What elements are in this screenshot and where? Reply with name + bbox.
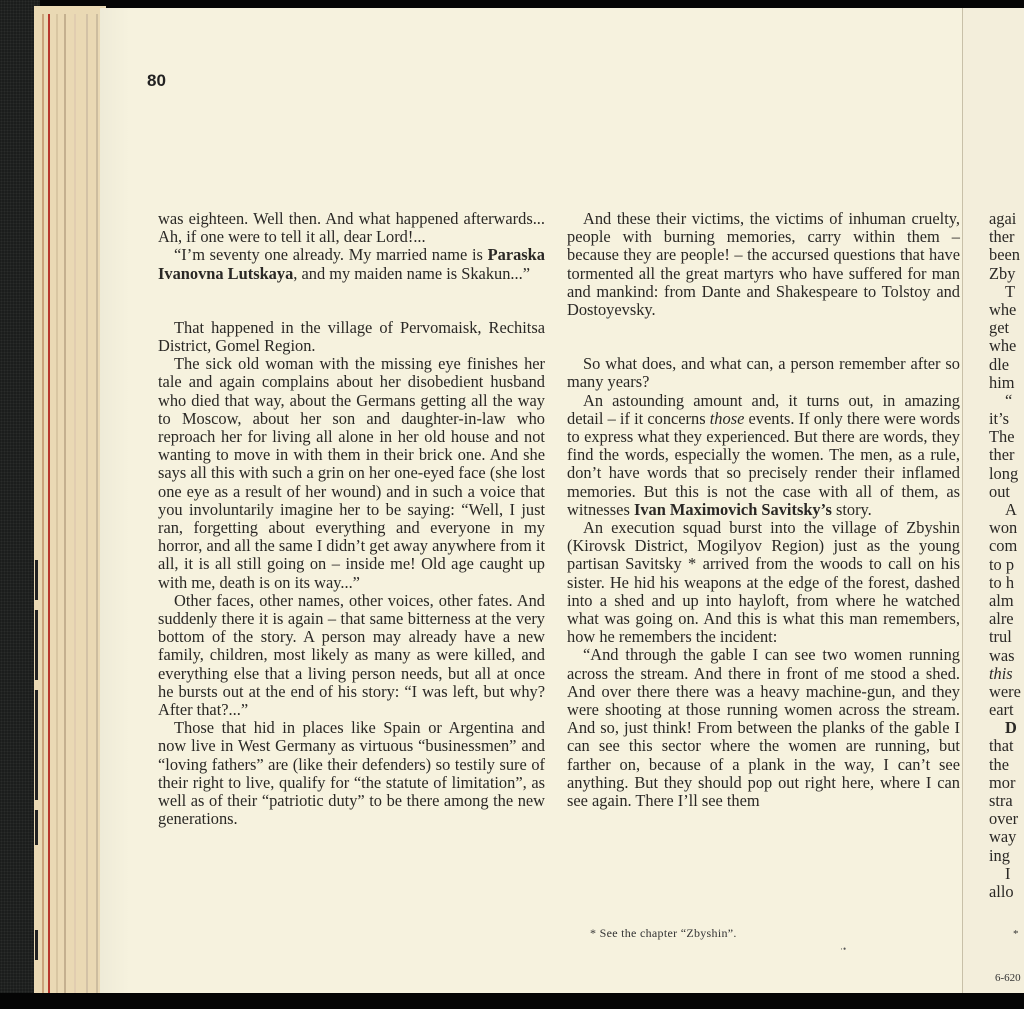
paragraph: Other faces, other names, other voices, … (158, 592, 545, 719)
footnote: * See the chapter “Zbyshin”. (590, 926, 737, 941)
text-fragment-line: ther (989, 446, 1021, 464)
spine-mark (35, 560, 38, 600)
bold-name: Ivan Maximovich Savitsky’s (634, 500, 832, 519)
next-page-text-fragment: agaitherbeenZbyTwhegetwhedlehim“it’sThet… (989, 210, 1021, 901)
italic-emphasis: those (710, 409, 745, 428)
text-fragment-line: to p (989, 556, 1021, 574)
text-column-right: And these their victims, the victims of … (567, 210, 960, 810)
text-fragment-line: to h (989, 574, 1021, 592)
text-run: , and my maiden name is Skakun...” (293, 264, 530, 283)
spine-mark (35, 930, 38, 960)
text-fragment-line: mor (989, 774, 1021, 792)
text-fragment-line: alre (989, 610, 1021, 628)
paragraph: “I’m seventy one already. My married nam… (158, 246, 545, 282)
page-edge-line (86, 14, 88, 996)
text-fragment-line: whe (989, 337, 1021, 355)
text-fragment-line: were (989, 683, 1021, 701)
text-fragment-line: him (989, 374, 1021, 392)
bottom-shadow (0, 993, 1024, 1009)
page-edge-line (96, 14, 98, 996)
text-fragment-line: agai (989, 210, 1021, 228)
paragraph: The sick old woman with the missing eye … (158, 355, 545, 592)
text-fragment-line: “ (989, 392, 1021, 410)
text-fragment-line: ing (989, 847, 1021, 865)
paragraph: That happened in the village of Pervomai… (158, 319, 545, 355)
paragraph: Those that hid in places like Spain or A… (158, 719, 545, 828)
paragraph: An astounding amount and, it turns out, … (567, 392, 960, 519)
paragraph: An execution squad burst into the villag… (567, 519, 960, 646)
text-fragment-line: ther (989, 228, 1021, 246)
paragraph: was eighteen. Well then. And what happen… (158, 210, 545, 246)
page-edge-line (64, 14, 66, 996)
text-fragment-line: get (989, 319, 1021, 337)
text-fragment-line: it’s (989, 410, 1021, 428)
spine-mark (35, 610, 38, 680)
text-fragment-line: been (989, 246, 1021, 264)
text-fragment-line: com (989, 537, 1021, 555)
spine-mark (35, 690, 38, 800)
text-run: story. (832, 500, 872, 519)
section-break (158, 283, 545, 319)
spine-mark (35, 810, 38, 845)
page-edges (34, 6, 106, 996)
page-number: 80 (147, 71, 166, 91)
paragraph: So what does, and what can, a person rem… (567, 355, 960, 391)
text-fragment-line: D (989, 719, 1021, 737)
text-fragment-line: I (989, 865, 1021, 883)
text-fragment-line: trul (989, 628, 1021, 646)
text-fragment-line: out (989, 483, 1021, 501)
top-shadow (0, 0, 1024, 8)
text-fragment-line: stra (989, 792, 1021, 810)
text-fragment-line: Zby (989, 265, 1021, 283)
next-page-footnote-star: * (1013, 928, 1019, 940)
text-fragment-line: that (989, 737, 1021, 755)
text-fragment-line: T (989, 283, 1021, 301)
paragraph: “And through the gable I can see two wom… (567, 646, 960, 810)
page-edge-line (74, 14, 76, 996)
print-mark: ·• (840, 944, 846, 954)
text-fragment-line: this (989, 665, 1021, 683)
text-fragment-line: over (989, 810, 1021, 828)
text-fragment-line: The (989, 428, 1021, 446)
text-fragment-line: won (989, 519, 1021, 537)
text-fragment-line: A (989, 501, 1021, 519)
text-column-left: was eighteen. Well then. And what happen… (158, 210, 545, 829)
text-fragment-line: the (989, 756, 1021, 774)
text-fragment-line: eart (989, 701, 1021, 719)
text-run: “I’m seventy one already. My married nam… (174, 245, 488, 264)
text-fragment-line: way (989, 828, 1021, 846)
text-fragment-line: whe (989, 301, 1021, 319)
page-edge-red-line (48, 14, 50, 996)
text-fragment-line: alm (989, 592, 1021, 610)
text-fragment-line: long (989, 465, 1021, 483)
printer-signature: 6-620 (995, 972, 1021, 984)
text-fragment-line: allo (989, 883, 1021, 901)
text-fragment-line: dle (989, 356, 1021, 374)
text-fragment-line: was (989, 647, 1021, 665)
section-break (567, 319, 960, 355)
paragraph: And these their victims, the victims of … (567, 210, 960, 319)
page-edge-line (56, 14, 58, 996)
page-edge-line (42, 14, 44, 996)
